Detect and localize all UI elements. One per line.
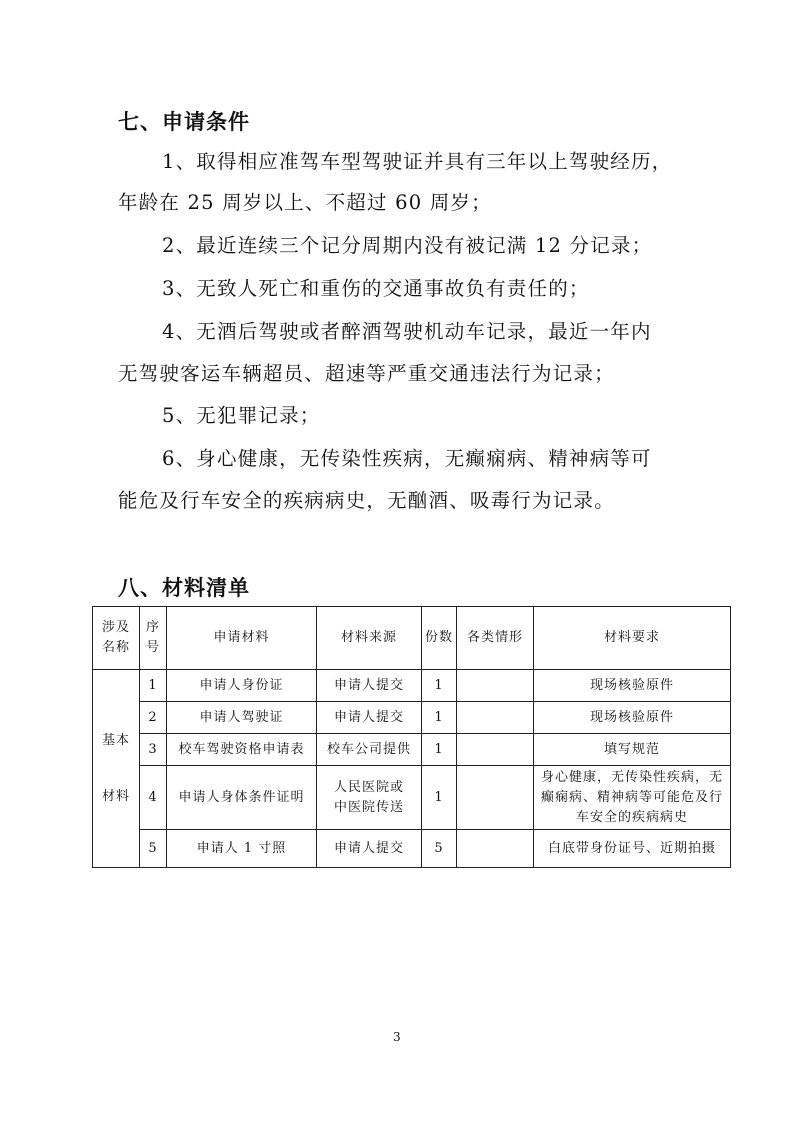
cell-no: 4 [140, 766, 167, 830]
cell-situation [457, 702, 534, 734]
cell-material: 申请人身体条件证明 [167, 766, 317, 830]
cell-requirement: 填写规范 [534, 734, 731, 766]
page-number: 3 [393, 1030, 401, 1044]
condition-line: 无驾驶客运车辆超员、超速等严重交通违法行为记录； [118, 364, 615, 383]
section-7-title: 七、申请条件 [118, 106, 250, 136]
materials-table: 涉及名称 序号 申请材料 材料来源 份数 各类情形 材料要求 基本材料 1 申请… [92, 606, 731, 868]
header-cell: 材料来源 [317, 607, 422, 670]
cell-source: 人民医院或中医院传送 [317, 766, 422, 830]
header-cell: 序号 [140, 607, 167, 670]
cell-situation [457, 670, 534, 702]
cell-source: 校车公司提供 [317, 734, 422, 766]
cell-copies: 1 [422, 670, 457, 702]
condition-line: 1、取得相应准驾车型驾驶证并具有三年以上驾驶经历， [162, 152, 672, 171]
cell-situation [457, 734, 534, 766]
cell-source: 申请人提交 [317, 702, 422, 734]
cell-situation [457, 830, 534, 868]
header-cell: 涉及名称 [93, 607, 140, 670]
condition-line: 年龄在 25 周岁以上、不超过 60 周岁； [118, 193, 492, 212]
cell-situation [457, 766, 534, 830]
condition-line: 6、身心健康，无传染性疾病，无癫痫病、精神病等可 [162, 449, 652, 468]
table-row: 4 申请人身体条件证明 人民医院或中医院传送 1 身心健康，无传染性疾病，无癫痫… [93, 766, 731, 830]
header-cell: 材料要求 [534, 607, 731, 670]
cell-no: 3 [140, 734, 167, 766]
header-cell: 各类情形 [457, 607, 534, 670]
cell-copies: 1 [422, 734, 457, 766]
header-cell: 申请材料 [167, 607, 317, 670]
cell-material: 申请人 1 寸照 [167, 830, 317, 868]
cell-copies: 1 [422, 702, 457, 734]
cell-no: 1 [140, 670, 167, 702]
cell-requirement: 身心健康，无传染性疾病，无癫痫病、精神病等可能危及行车安全的疾病病史 [534, 766, 731, 830]
cell-material: 申请人身份证 [167, 670, 317, 702]
condition-line: 能危及行车安全的疾病病史，无酗酒、吸毒行为记录。 [118, 491, 615, 510]
header-cell: 份数 [422, 607, 457, 670]
cell-requirement: 现场核验原件 [534, 670, 731, 702]
condition-line: 3、无致人死亡和重伤的交通事故负有责任的； [162, 279, 590, 298]
section-8-title: 八、材料清单 [118, 572, 250, 602]
table-row: 5 申请人 1 寸照 申请人提交 5 白底带身份证号、近期拍摄 [93, 830, 731, 868]
cell-requirement: 白底带身份证号、近期拍摄 [534, 830, 731, 868]
cell-source: 申请人提交 [317, 670, 422, 702]
table-row: 2 申请人驾驶证 申请人提交 1 现场核验原件 [93, 702, 731, 734]
table-row: 基本材料 1 申请人身份证 申请人提交 1 现场核验原件 [93, 670, 731, 702]
group-label-cell: 基本材料 [93, 670, 140, 868]
cell-no: 2 [140, 702, 167, 734]
table-row: 3 校车驾驶资格申请表 校车公司提供 1 填写规范 [93, 734, 731, 766]
cell-source: 申请人提交 [317, 830, 422, 868]
cell-copies: 1 [422, 766, 457, 830]
condition-line: 4、无酒后驾驶或者醉酒驾驶机动车记录，最近一年内 [162, 322, 652, 341]
condition-line: 5、无犯罪记录； [162, 406, 321, 425]
table-header-row: 涉及名称 序号 申请材料 材料来源 份数 各类情形 材料要求 [93, 607, 731, 670]
cell-requirement: 现场核验原件 [534, 702, 731, 734]
cell-material: 申请人驾驶证 [167, 702, 317, 734]
cell-no: 5 [140, 830, 167, 868]
cell-material: 校车驾驶资格申请表 [167, 734, 317, 766]
condition-line: 2、最近连续三个记分周期内没有被记满 12 分记录； [162, 236, 652, 255]
cell-copies: 5 [422, 830, 457, 868]
